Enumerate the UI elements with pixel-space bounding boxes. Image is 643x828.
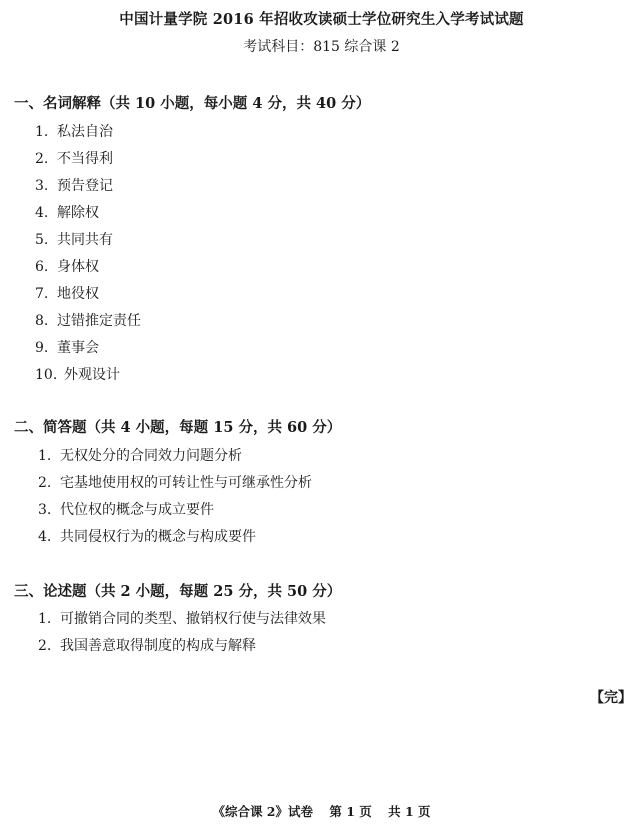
end-mark: 【完】: [590, 687, 632, 707]
list-item: 1.私法自治: [35, 121, 113, 141]
list-item: 7.地役权: [35, 283, 99, 303]
list-item: 6.身体权: [35, 256, 99, 276]
page-title: 中国计量学院 2016 年招收攻读硕士学位研究生入学考试试题: [0, 8, 643, 29]
list-item: 8.过错推定责任: [35, 310, 141, 330]
list-item: 10.外观设计: [35, 364, 120, 384]
footer-page-total: 共 1 页: [388, 804, 430, 819]
list-item: 4.解除权: [35, 202, 99, 222]
footer-paper-name: 《综合课 2》试卷: [212, 804, 313, 819]
list-item: 3.代位权的概念与成立要件: [38, 499, 214, 519]
list-item: 1.可撤销合同的类型、撤销权行使与法律效果: [38, 608, 326, 628]
list-item: 9.董事会: [35, 337, 99, 357]
list-item: 2.我国善意取得制度的构成与解释: [38, 635, 256, 655]
list-item: 4.共同侵权行为的概念与构成要件: [38, 526, 256, 546]
page-footer: 《综合课 2》试卷 第 1 页 共 1 页: [0, 802, 643, 820]
list-item: 2.宅基地使用权的可转让性与可继承性分析: [38, 472, 312, 492]
section-heading-essay: 三、论述题（共 2 小题，每题 25 分，共 50 分）: [14, 580, 341, 601]
section-heading-short-answer: 二、简答题（共 4 小题，每题 15 分，共 60 分）: [14, 416, 341, 437]
list-item: 2.不当得利: [35, 148, 113, 168]
list-item: 3.预告登记: [35, 175, 113, 195]
list-item: 1.无权处分的合同效力问题分析: [38, 445, 242, 465]
footer-page-current: 第 1 页: [329, 804, 371, 819]
list-item: 5.共同共有: [35, 229, 113, 249]
section-heading-definitions: 一、名词解释（共 10 小题，每小题 4 分，共 40 分）: [14, 92, 370, 113]
exam-subject: 考试科目：815 综合课 2: [0, 36, 643, 56]
